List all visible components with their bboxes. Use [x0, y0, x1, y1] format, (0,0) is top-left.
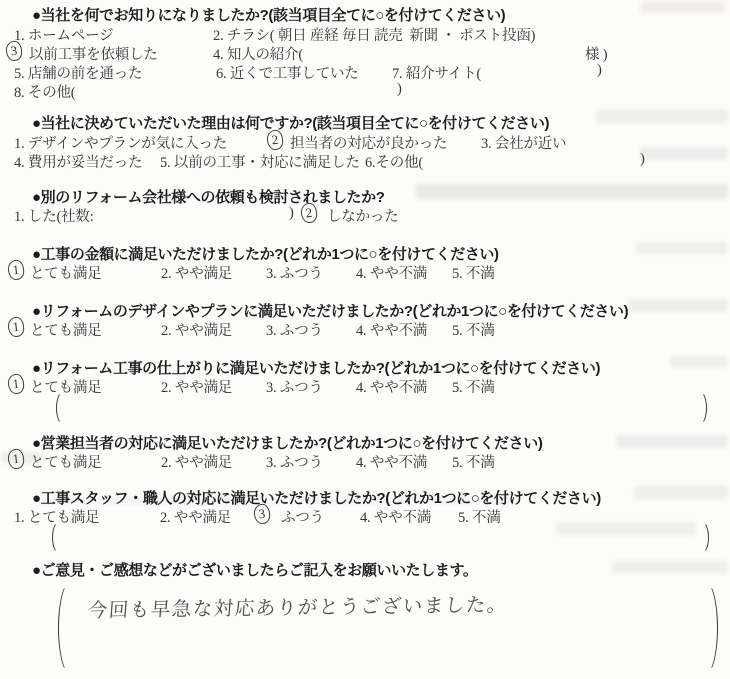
option-text: 3. 会社が近い: [481, 132, 566, 153]
option-text: 5. 不満: [452, 376, 495, 397]
bleed-through-smudge: [670, 356, 728, 367]
option-text: 5. 不満: [458, 506, 501, 527]
option-text: 4. やや不満: [356, 262, 427, 283]
option-text: 4. 費用が妥当だった: [14, 151, 142, 172]
option-text: 3. ふつう: [266, 262, 323, 283]
bleed-through-smudge: [596, 110, 728, 123]
option-text: 5. 店舗の前を通った: [14, 62, 142, 83]
option-text: とても満足: [30, 319, 102, 340]
option-text: 2. やや満足: [161, 262, 232, 283]
question-heading: ●営業担当者の対応に満足いただけましたか?(どれか1つに○を付けてください): [32, 432, 542, 453]
handwritten-circle: 1: [7, 373, 25, 395]
option-text: 2. やや満足: [161, 376, 232, 397]
bleed-through-smudge: [616, 435, 728, 448]
question-heading: ●別のリフォーム会社様への依頼も検討されましたか?: [32, 186, 384, 207]
option-text: しなかった: [327, 205, 399, 226]
option-text: ): [640, 151, 645, 168]
bleed-through-smudge: [612, 561, 728, 573]
option-text: 2. やや満足: [161, 451, 232, 472]
option-text: 様 ): [585, 43, 607, 64]
option-text: 3. ふつう: [266, 376, 323, 397]
comment-bracket-right: [694, 582, 718, 674]
bleed-through-smudge: [416, 184, 728, 199]
option-text: 4. 知人の紹介(: [213, 43, 303, 64]
question-heading: ●工事の金額に満足いただけましたか?(どれか1つに○を付けてください): [32, 243, 499, 264]
handwritten-comment: 今回も早急な対応ありがとうございました。: [87, 589, 509, 623]
comment-bracket-left: [52, 521, 67, 554]
option-text: ): [597, 62, 602, 79]
scanned-survey-page: ●当社を何でお知りになりましたか?(該当項目全てに○を付けてください)1. ホー…: [0, 0, 730, 679]
question-heading: ●当社を何でお知りになりましたか?(該当項目全てに○を付けてください): [32, 4, 505, 25]
option-text: 2. やや満足: [160, 506, 231, 527]
question-heading: ●リフォームのデザインやプランに満足いただけましたか?(どれか1つに○を付けてく…: [32, 300, 628, 321]
handwritten-circle: 1: [7, 316, 25, 338]
handwritten-circle: 1: [7, 259, 25, 281]
question-heading: ●リフォーム工事の仕上がりに満足いただけましたか?(どれか1つに○を付けてくださ…: [32, 357, 600, 378]
option-text: ふつう: [281, 506, 324, 527]
option-text: 以前工事を依頼した: [29, 43, 158, 64]
bleed-through-smudge: [640, 147, 728, 160]
option-text: 2. チラシ( 朝日 産経 毎日 読売 新聞 ・ ポスト投函): [213, 24, 535, 45]
bleed-through-smudge: [628, 299, 728, 312]
comment-bracket-left: [56, 391, 71, 425]
option-text: 8. その他(: [14, 81, 75, 102]
option-text: 2. やや満足: [161, 319, 232, 340]
option-text: 5. 以前の工事・対応に満足した: [160, 151, 360, 172]
option-text: 4. やや不満: [356, 376, 427, 397]
option-text: 1. した(社数:: [14, 205, 94, 226]
handwritten-circle: 1: [7, 448, 25, 470]
question-heading: ●工事スタッフ・職人の対応に満足いただけましたか?(どれか1つに○を付けてくださ…: [32, 487, 601, 508]
option-text: 5. 不満: [452, 319, 495, 340]
bleed-through-smudge: [636, 242, 728, 254]
option-text: とても満足: [30, 262, 102, 283]
option-text: 担当者の対応が良かった: [290, 132, 447, 153]
option-text: 6. 近くで工事していた: [216, 62, 359, 83]
option-text: ): [289, 205, 294, 222]
option-text: 5. 不満: [452, 451, 495, 472]
question-heading: ●ご意見・ご感想などがございましたらご記入をお願いいたします。: [32, 559, 477, 580]
comment-bracket-right: [694, 521, 709, 554]
option-text: 6.その他(: [365, 151, 423, 172]
option-text: 7. 紹介サイト(: [392, 62, 481, 83]
option-text: 1. デザインやプランが気に入った: [14, 132, 227, 153]
bleed-through-smudge: [640, 2, 726, 13]
option-text: ): [397, 81, 402, 98]
option-text: 4. やや不満: [356, 451, 427, 472]
question-heading: ●当社に決めていただいた理由は何ですか?(該当項目全てに○を付けてください): [32, 112, 549, 133]
bleed-through-smudge: [634, 486, 728, 499]
option-text: 4. やや不満: [360, 506, 431, 527]
option-text: とても満足: [30, 451, 102, 472]
option-text: 1. ホームページ: [14, 24, 113, 45]
option-text: 3. ふつう: [266, 451, 323, 472]
comment-bracket-left: [58, 582, 82, 674]
comment-bracket-right: [692, 391, 707, 425]
option-text: 3. ふつう: [266, 319, 323, 340]
option-text: 5. 不満: [452, 262, 495, 283]
bleed-through-smudge: [556, 522, 696, 535]
option-text: 4. やや不満: [356, 319, 427, 340]
